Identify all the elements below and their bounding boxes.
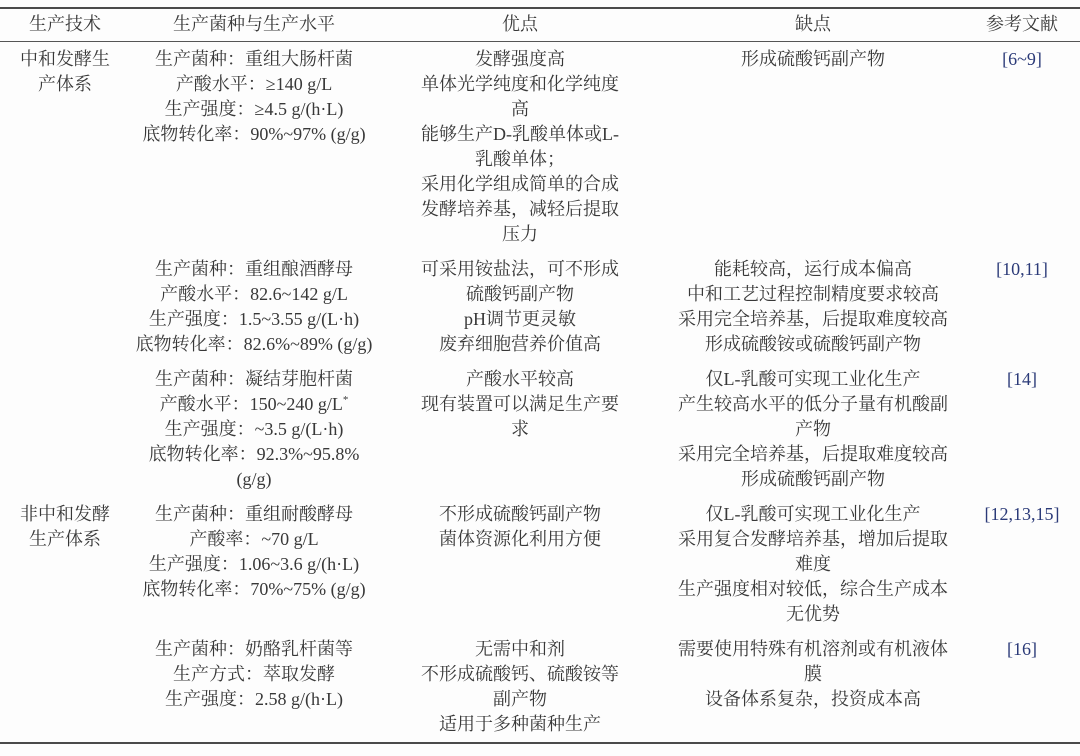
strain-line: 生产菌种：奶酪乳杆菌等 xyxy=(134,637,374,662)
disadvantage-line: 采用复合发酵培养基，增加后提取难度 xyxy=(677,527,949,577)
production-systems-table: 生产技术 生产菌种与生产水平 优点 缺点 参考文献 中和发酵生产体系生产菌种：重… xyxy=(0,7,1080,744)
strain-line: 生产菌种：凝结芽胞杆菌 xyxy=(134,367,374,392)
disadvantage-line: 中和工艺过程控制精度要求较高 xyxy=(677,282,949,307)
reference-cell: [16] xyxy=(964,632,1080,743)
strain-level-cell: 生产菌种：重组耐酸酵母产酸率：~70 g/L生产强度：1.06~3.6 g/(h… xyxy=(130,497,378,632)
strain-line: 生产强度：~3.5 g/(L·h) xyxy=(134,417,374,442)
strain-line: 生产强度：1.5~3.55 g/(L·h) xyxy=(134,307,374,332)
reference-cell: [14] xyxy=(964,362,1080,497)
disadvantage-line: 产生较高水平的低分子量有机酸副产物 xyxy=(677,392,949,442)
reference-citation[interactable]: [6~9] xyxy=(1002,49,1042,69)
column-header-disadvantages: 缺点 xyxy=(662,8,964,42)
strain-line: 生产菌种：重组耐酸酵母 xyxy=(134,502,374,527)
advantage-line: 菌体资源化利用方便 xyxy=(416,527,624,552)
strain-level-cell: 生产菌种：重组大肠杆菌产酸水平：≥140 g/L生产强度：≥4.5 g/(h·L… xyxy=(130,42,378,253)
disadvantage-line: 仅L-乳酸可实现工业化生产 xyxy=(677,367,949,392)
reference-citation[interactable]: [14] xyxy=(1007,369,1037,389)
advantage-line: 发酵强度高 xyxy=(416,47,624,72)
advantage-line: 单体光学纯度和化学纯度高 xyxy=(416,72,624,122)
advantage-line: 能够生产D-乳酸单体或L-乳酸单体； xyxy=(416,122,624,172)
disadvantages-cell: 仅L-乳酸可实现工业化生产采用复合发酵培养基，增加后提取难度生产强度相对较低，综… xyxy=(662,497,964,632)
advantage-line: 不形成硫酸钙副产物 xyxy=(416,502,624,527)
column-header-strain-level: 生产菌种与生产水平 xyxy=(130,8,378,42)
strain-line: 生产菌种：重组大肠杆菌 xyxy=(134,47,374,72)
advantages-cell: 不形成硫酸钙副产物菌体资源化利用方便 xyxy=(378,497,662,632)
strain-level-cell: 生产菌种：重组酿酒酵母产酸水平：82.6~142 g/L生产强度：1.5~3.5… xyxy=(130,252,378,362)
table-row: 生产菌种：奶酪乳杆菌等生产方式：萃取发酵生产强度：2.58 g/(h·L)无需中… xyxy=(0,632,1080,743)
strain-line: 底物转化率：82.6%~89% (g/g) xyxy=(134,332,374,357)
reference-citation[interactable]: [10,11] xyxy=(996,259,1048,279)
advantages-cell: 发酵强度高单体光学纯度和化学纯度高能够生产D-乳酸单体或L-乳酸单体；采用化学组… xyxy=(378,42,662,253)
table-row: 生产菌种：重组酿酒酵母产酸水平：82.6~142 g/L生产强度：1.5~3.5… xyxy=(0,252,1080,362)
advantages-cell: 无需中和剂不形成硫酸钙、硫酸铵等副产物适用于多种菌种生产 xyxy=(378,632,662,743)
strain-line: 产酸水平：82.6~142 g/L xyxy=(134,282,374,307)
advantage-line: 不形成硫酸钙、硫酸铵等副产物 xyxy=(416,662,624,712)
advantages-cell: 可采用铵盐法，可不形成硫酸钙副产物pH调节更灵敏废弃细胞营养价值高 xyxy=(378,252,662,362)
table-row: 生产菌种：凝结芽胞杆菌产酸水平：150~240 g/L*生产强度：~3.5 g/… xyxy=(0,362,1080,497)
strain-line: 底物转化率：92.3%~95.8% (g/g) xyxy=(134,442,374,492)
disadvantage-line: 采用完全培养基，后提取难度较高 xyxy=(677,307,949,332)
footnote-asterisk: * xyxy=(343,394,349,406)
column-header-advantages: 优点 xyxy=(378,8,662,42)
table-row: 中和发酵生产体系生产菌种：重组大肠杆菌产酸水平：≥140 g/L生产强度：≥4.… xyxy=(0,42,1080,253)
strain-line: 生产菌种：重组酿酒酵母 xyxy=(134,257,374,282)
advantage-line: 适用于多种菌种生产 xyxy=(416,712,624,737)
technology-label: 中和发酵生产体系 xyxy=(15,47,115,97)
advantage-line: 可采用铵盐法，可不形成硫酸钙副产物 xyxy=(416,257,624,307)
strain-line: 生产强度：1.06~3.6 g/(h·L) xyxy=(134,552,374,577)
disadvantage-line: 需要使用特殊有机溶剂或有机液体膜 xyxy=(677,637,949,687)
advantage-line: 现有装置可以满足生产要求 xyxy=(416,392,624,442)
disadvantage-line: 能耗较高，运行成本偏高 xyxy=(677,257,949,282)
advantage-line: 无需中和剂 xyxy=(416,637,624,662)
strain-level-cell: 生产菌种：凝结芽胞杆菌产酸水平：150~240 g/L*生产强度：~3.5 g/… xyxy=(130,362,378,497)
disadvantages-cell: 仅L-乳酸可实现工业化生产产生较高水平的低分子量有机酸副产物采用完全培养基，后提… xyxy=(662,362,964,497)
header-row: 生产技术 生产菌种与生产水平 优点 缺点 参考文献 xyxy=(0,8,1080,42)
disadvantage-line: 形成硫酸钙副产物 xyxy=(677,47,949,72)
technology-cell: 中和发酵生产体系 xyxy=(0,42,130,498)
reference-cell: [6~9] xyxy=(964,42,1080,253)
table-body: 中和发酵生产体系生产菌种：重组大肠杆菌产酸水平：≥140 g/L生产强度：≥4.… xyxy=(0,42,1080,744)
technology-cell: 非中和发酵生产体系 xyxy=(0,497,130,743)
reference-citation[interactable]: [16] xyxy=(1007,639,1037,659)
strain-line: 底物转化率：90%~97% (g/g) xyxy=(134,122,374,147)
advantage-line: 产酸水平较高 xyxy=(416,367,624,392)
table-header: 生产技术 生产菌种与生产水平 优点 缺点 参考文献 xyxy=(0,8,1080,42)
strain-line: 生产方式：萃取发酵 xyxy=(134,662,374,687)
strain-line: 产酸水平：150~240 g/L* xyxy=(134,392,374,417)
reference-cell: [10,11] xyxy=(964,252,1080,362)
strain-line: 生产强度：≥4.5 g/(h·L) xyxy=(134,97,374,122)
disadvantage-line: 采用完全培养基，后提取难度较高 xyxy=(677,442,949,467)
disadvantages-cell: 能耗较高，运行成本偏高中和工艺过程控制精度要求较高采用完全培养基，后提取难度较高… xyxy=(662,252,964,362)
disadvantage-line: 形成硫酸钙副产物 xyxy=(677,467,949,492)
column-header-technology: 生产技术 xyxy=(0,8,130,42)
disadvantage-line: 仅L-乳酸可实现工业化生产 xyxy=(677,502,949,527)
comparison-table-container: 生产技术 生产菌种与生产水平 优点 缺点 参考文献 中和发酵生产体系生产菌种：重… xyxy=(0,0,1080,750)
advantage-line: pH调节更灵敏 xyxy=(416,307,624,332)
reference-citation[interactable]: [12,13,15] xyxy=(985,504,1060,524)
disadvantages-cell: 形成硫酸钙副产物 xyxy=(662,42,964,253)
advantages-cell: 产酸水平较高现有装置可以满足生产要求 xyxy=(378,362,662,497)
strain-line: 底物转化率：70%~75% (g/g) xyxy=(134,577,374,602)
column-header-references: 参考文献 xyxy=(964,8,1080,42)
strain-line: 产酸水平：≥140 g/L xyxy=(134,72,374,97)
table-row: 非中和发酵生产体系生产菌种：重组耐酸酵母产酸率：~70 g/L生产强度：1.06… xyxy=(0,497,1080,632)
disadvantage-line: 设备体系复杂，投资成本高 xyxy=(677,687,949,712)
strain-line: 生产强度：2.58 g/(h·L) xyxy=(134,687,374,712)
disadvantages-cell: 需要使用特殊有机溶剂或有机液体膜设备体系复杂，投资成本高 xyxy=(662,632,964,743)
disadvantage-line: 形成硫酸铵或硫酸钙副产物 xyxy=(677,332,949,357)
technology-label: 非中和发酵生产体系 xyxy=(15,502,115,552)
advantage-line: 采用化学组成简单的合成发酵培养基，减轻后提取压力 xyxy=(416,172,624,247)
disadvantage-line: 生产强度相对较低，综合生产成本无优势 xyxy=(677,577,949,627)
reference-cell: [12,13,15] xyxy=(964,497,1080,632)
advantage-line: 废弃细胞营养价值高 xyxy=(416,332,624,357)
strain-level-cell: 生产菌种：奶酪乳杆菌等生产方式：萃取发酵生产强度：2.58 g/(h·L) xyxy=(130,632,378,743)
strain-line: 产酸率：~70 g/L xyxy=(134,527,374,552)
